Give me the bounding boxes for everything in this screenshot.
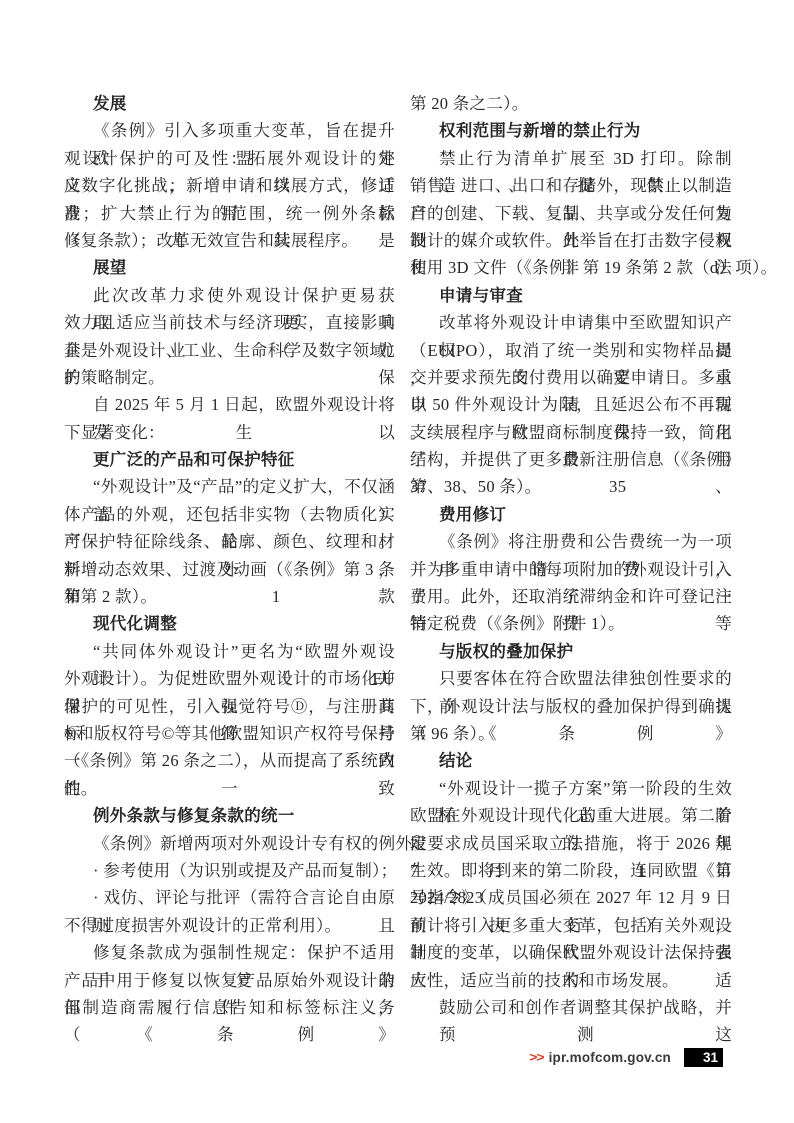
text-line: 结构，并提供了更多最新注册信息（《条例》第 35、 xyxy=(410,446,732,473)
footer-site: >> ipr.mofcom.gov.cn xyxy=(529,1049,671,1065)
section-heading: 申请与审查 xyxy=(410,282,732,309)
text-line: 观设计保护的可及性：拓展外观设计的定义，以适 xyxy=(64,145,395,172)
text-line: 第 20 条之二）。 xyxy=(410,90,732,117)
page-footer: >> ipr.mofcom.gov.cn 31 xyxy=(0,1046,794,1068)
text-line: 目的创建、下载、复制、共享或分发任何复制外观 xyxy=(410,200,732,227)
section-heading: 发展 xyxy=(64,90,395,117)
text-line: 此次改革力求使外观设计保护更易获取、更具 xyxy=(64,282,395,309)
text-line: 效力且适应当前技术与经济现实，直接影响企业（尤 xyxy=(64,309,395,336)
text-line: · 戏仿、评论与批评（需符合言论自由原则且 xyxy=(64,884,395,911)
text-line: 自 2025 年 5 月 1 日起，欧盟外观设计将发生以 xyxy=(64,391,395,418)
section-heading: 展望 xyxy=(64,254,395,281)
text-line: · 参考使用（为识别或提及产品而复制）； xyxy=(64,857,395,884)
text-line: 欧盟在外观设计现代化的重大进展。第二阶段的规 xyxy=(410,802,732,829)
section-heading: 权利范围与新增的禁止行为 xyxy=(410,117,732,144)
text-line: 使用 3D 文件（《条例》第 19 条第 2 款（d）项）。 xyxy=(410,254,732,281)
text-line: 应数字化挑战；新增申请和续展方式，修订费用标 xyxy=(64,172,395,199)
text-line: 但制造商需履行信息告知和标签标注义务（《条例》 xyxy=(64,994,395,1021)
text-line: 下，外观设计法与版权的叠加保护得到确认（《条例》 xyxy=(410,693,732,720)
text-line: 产品中用于修复以恢复产品原始外观设计的部件， xyxy=(64,967,395,994)
text-line: 外观设计）。为促进欧盟外观设计的市场化并增强其 xyxy=(64,665,395,692)
text-line: ，并要求预先支付费用以确定申请日。多重申请现 xyxy=(410,364,732,391)
text-line: 鼓励公司和创作者调整其保护战略，并预测这 xyxy=(410,994,732,1021)
text-line: 修复条款）；改革无效宣告和续展程序。 xyxy=(64,227,395,254)
section-heading: 费用修订 xyxy=(410,501,732,528)
text-line: 定要求成员国采取立法措施，将于 2026 年 7 月 1 日 xyxy=(410,830,732,857)
text-line: 修复条款成为强制性规定：保护不适用于复杂 xyxy=(64,939,395,966)
text-line: 禁止行为清单扩展至 3D 打印。除制造、提供、 xyxy=(410,145,732,172)
text-line: “共同体外观设计”更名为“欧盟外观设计”（EU xyxy=(64,638,395,665)
text-line: 其是外观设计、工业、生命科学及数字领域）的保 xyxy=(64,337,395,364)
text-line: 体产品的外观，还包括非实物（去物质化）产品。 xyxy=(64,501,395,528)
text-line: 以 50 件外观设计为限，且延迟公布不再需支付费用 xyxy=(410,391,732,418)
section-heading: 结论 xyxy=(410,747,732,774)
text-line: （EUIPO），取消了统一类别和实物样品提交的要求 xyxy=(410,337,732,364)
text-line: 销售、进口、出口和存储外，现禁止以制造产品为 xyxy=(410,172,732,199)
text-line: 设计的媒介或软件。此举旨在打击数字侵权和非法 xyxy=(410,227,732,254)
text-line: 准；扩大禁止行为的范围，统一例外条款（尤其是 xyxy=(64,200,395,227)
text-line: 新增动态效果、过渡及动画（《条例》第 3 条第 1 款 xyxy=(64,556,395,583)
text-line: 只要客体在符合欧盟法律独创性要求的前提 xyxy=(410,665,732,692)
chevron-right-icon: >> xyxy=(529,1050,543,1064)
section-heading: 与版权的叠加保护 xyxy=(410,638,732,665)
text-line: （《条例》第 26 条之二），从而提高了系统内的一致 xyxy=(64,747,395,774)
text-line: 生效。即将到来的第二阶段，连同欧盟《第 2024/2823 xyxy=(410,857,732,884)
text-line: 可保护特征除线条、轮廓、颜色、纹理和材料外， xyxy=(64,528,395,555)
text-line: “外观设计”及“产品”的定义扩大，不仅涵盖实 xyxy=(64,473,395,500)
text-line: 改革将外观设计申请集中至欧盟知识产权局 xyxy=(410,309,732,336)
text-line: 号指令》（成员国必须在 2027 年 12 月 9 日前执行）， xyxy=(410,884,732,911)
text-line: 制度的变革，以确保欧盟外观设计法保持强大的适 xyxy=(410,939,732,966)
text-line: 保护的可见性，引入视觉符号Ⓓ，与注册商标符号 xyxy=(64,693,395,720)
right-column: 第 20 条之二）。权利范围与新增的禁止行为禁止行为清单扩展至 3D 打印。除制… xyxy=(410,90,732,1021)
text-line: “外观设计一揽子方案”第一阶段的生效标志着 xyxy=(410,775,732,802)
section-heading: 现代化调整 xyxy=(64,610,395,637)
section-heading: 更广泛的产品和可保护特征 xyxy=(64,446,395,473)
text-line: 预计将引入更多重大变革，包括有关外观设计代表 xyxy=(410,912,732,939)
text-line: 《条例》引入多项重大变革，旨在提升欧盟外 xyxy=(64,117,395,144)
text-line: 。续展程序与欧盟商标制度保持一致，简化了费用 xyxy=(410,419,732,446)
site-url: ipr.mofcom.gov.cn xyxy=(549,1050,671,1065)
text-line: 并为多重申请中的每项附加的外观设计引入了统一 xyxy=(410,556,732,583)
document-page: 发展《条例》引入多项重大变革，旨在提升欧盟外观设计保护的可及性：拓展外观设计的定… xyxy=(0,0,794,1123)
text-line: 《条例》将注册费和公告费统一为一项申请费， xyxy=(410,528,732,555)
text-line: 费用。此外，还取消了滞纳金和许可登记注销费等 xyxy=(410,583,732,610)
section-heading: 例外条款与修复条款的统一 xyxy=(64,802,395,829)
left-column: 发展《条例》引入多项重大变革，旨在提升欧盟外观设计保护的可及性：拓展外观设计的定… xyxy=(64,90,395,1021)
text-line: 《条例》新增两项对外观设计专有权的例外： xyxy=(64,830,395,857)
text-line: ®和版权符号©等其他欧盟知识产权符号保持一致 xyxy=(64,720,395,747)
page-number: 31 xyxy=(684,1048,723,1067)
